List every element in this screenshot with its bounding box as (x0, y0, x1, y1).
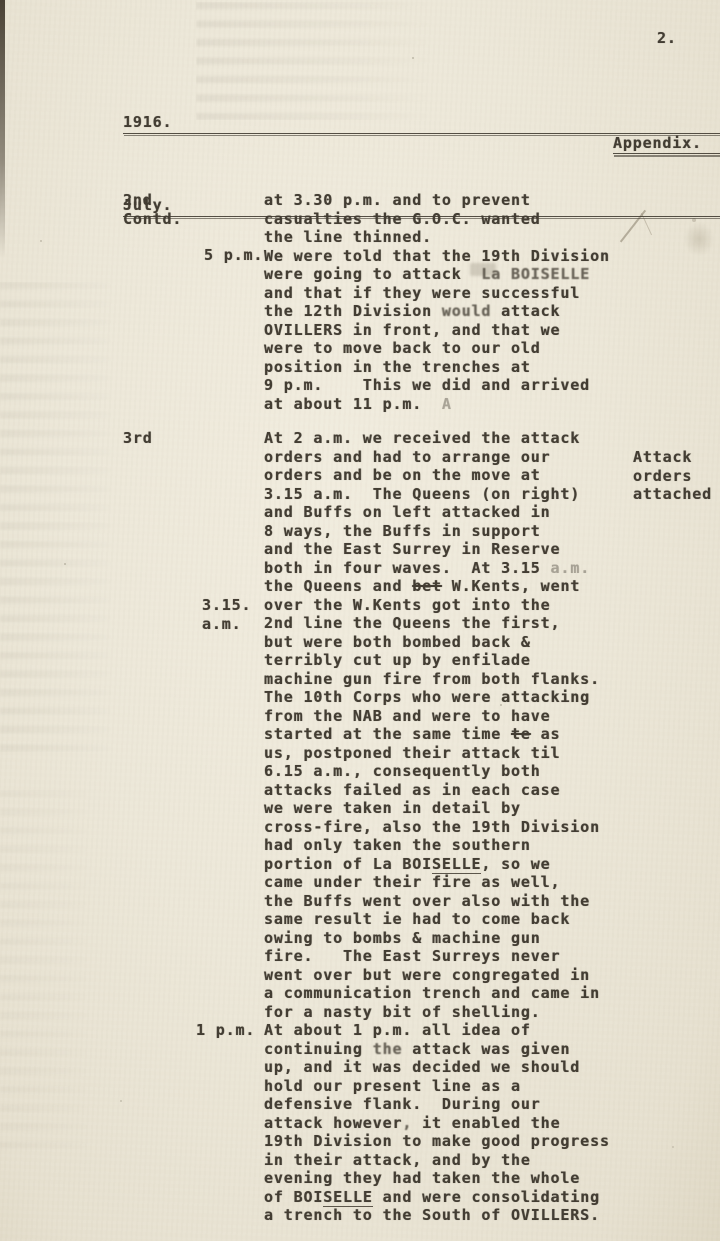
typed-line: came under their fire as well, (264, 873, 610, 892)
typed-segment: it enabled the (412, 1114, 560, 1132)
typed-line: and the East Surrey in Reserve (264, 540, 610, 559)
typed-segment: fire. The East Surreys never (264, 947, 560, 965)
typed-segment: started at the same time (264, 725, 511, 743)
typed-segment-faint: a.m. (541, 559, 590, 577)
typed-segment: at 3.30 p.m. and to prevent (264, 191, 531, 209)
typed-segment: evening they had taken the whole (264, 1169, 580, 1187)
margin-note-line: 3.15. (202, 596, 251, 615)
bleed-through-text-top (196, 2, 431, 120)
typed-segment: position in the trenches at (264, 358, 531, 376)
typed-segment: casualties the G.O.C. wanted (264, 210, 541, 228)
typed-segment: defensive flank. During our (264, 1095, 541, 1113)
typed-segment: the 12th Division (264, 302, 442, 320)
typed-segment: for a nasty bit of shelling. (264, 1003, 541, 1021)
typed-segment-blur: would (442, 302, 491, 320)
typed-line: the 12th Division would attack (264, 302, 610, 321)
typed-line: in their attack, and by the (264, 1151, 610, 1170)
typed-line: started at the same time te as (264, 725, 610, 744)
year-heading: 1916. (123, 113, 720, 134)
typed-segment: 8 ways, the Buffs in support (264, 522, 541, 540)
typed-line: hold our present line as a (264, 1077, 610, 1096)
typed-segment: in their attack, and by the (264, 1151, 531, 1169)
margin-note-time-1pm: 1 p.m. (196, 1021, 255, 1040)
typed-line: at 3.30 p.m. and to prevent (264, 191, 610, 210)
typed-line: owing to bombs & machine gun (264, 929, 610, 948)
paper-specks (0, 0, 2, 2)
margin-note-entry-2nd-contd: 2ndContd. (123, 191, 182, 228)
typed-segment: the Queens and (264, 577, 412, 595)
typed-body-block-2: At 2 a.m. we received the attackorders a… (264, 429, 610, 1225)
typed-line: cross-fire, also the 19th Division (264, 818, 610, 837)
typed-segment-blur: La BOISELLE (481, 265, 590, 283)
typed-line: attacks failed as in each case (264, 781, 610, 800)
typed-line: The 10th Corps who were attacking (264, 688, 610, 707)
margin-note-line: Contd. (123, 210, 182, 229)
typed-line: up, and it was decided we should (264, 1058, 610, 1077)
typed-line: a trench to the South of OVILLERS. (264, 1206, 610, 1225)
typed-line: casualties the G.O.C. wanted (264, 210, 610, 229)
typed-segment: At about 1 p.m. all idea of (264, 1021, 531, 1039)
typed-segment: of BOI (264, 1188, 323, 1206)
typed-segment: but were both bombed back & (264, 633, 531, 651)
margin-note-line: a.m. (202, 615, 251, 634)
typed-line: At about 1 p.m. all idea of (264, 1021, 610, 1040)
bleed-through-text-left-lower (0, 790, 92, 1150)
typed-line: us, postponed their attack til (264, 744, 610, 763)
typed-line: terribly cut up by enfilade (264, 651, 610, 670)
typed-line: We were told that the 19th Division (264, 247, 610, 266)
typed-line: went over but were congregated in (264, 966, 610, 985)
typed-segment-strike: te (511, 725, 531, 743)
typed-line: at about 11 p.m. A (264, 395, 610, 414)
typed-segment: and the East Surrey in Reserve (264, 540, 560, 558)
typed-segment: 19th Division to make good progress (264, 1132, 610, 1150)
typed-line: evening they had taken the whole (264, 1169, 610, 1188)
typed-line: attack however, it enabled the (264, 1114, 610, 1133)
typed-line: continuing the attack was given (264, 1040, 610, 1059)
typed-segment-faint: A (422, 395, 452, 413)
typed-segment: went over but were congregated in (264, 966, 590, 984)
typed-line: and Buffs on left attacked in (264, 503, 610, 522)
typed-line: we were taken in detail by (264, 799, 610, 818)
typed-segment: us, postponed their attack til (264, 744, 560, 762)
typed-segment: 3.15 a.m. The Queens (on right) (264, 485, 580, 503)
typed-segment: were going to attack (264, 265, 481, 283)
typed-line: 9 p.m. This we did and arrived (264, 376, 610, 395)
typed-line: 6.15 a.m., consequently both (264, 762, 610, 781)
typed-line: 2nd line the Queens the first, (264, 614, 610, 633)
typed-segment: attack however (264, 1114, 402, 1132)
typed-segment: the line thinned. (264, 228, 432, 246)
typed-segment: and Buffs on left attacked in (264, 503, 551, 521)
typed-segment: over the W.Kents got into the (264, 596, 551, 614)
typed-line: At 2 a.m. we received the attack (264, 429, 610, 448)
typed-line: were to move back to our old (264, 339, 610, 358)
typed-line: orders and had to arrange our (264, 448, 610, 467)
margin-note-line: 3rd (123, 429, 153, 448)
typed-segment: both in four waves. At 3.15 (264, 559, 541, 577)
typed-segment: , so we (481, 855, 550, 873)
typed-line: from the NAB and were to have (264, 707, 610, 726)
page-number: 2. (657, 29, 677, 48)
typed-segment-under: SELLE (323, 1188, 372, 1207)
paper-smudge (684, 222, 714, 256)
typed-segment: continuing (264, 1040, 373, 1058)
typed-segment: attack was given (402, 1040, 570, 1058)
typed-line: both in four waves. At 3.15 a.m. (264, 559, 610, 578)
typed-line: the line thinned. (264, 228, 610, 247)
typed-line: of BOISELLE and were consolidating (264, 1188, 610, 1207)
typed-segment: attack (491, 302, 560, 320)
typed-segment: the Buffs went over also with the (264, 892, 590, 910)
appendix-heading: Appendix. (613, 134, 720, 155)
typed-segment: At 2 a.m. we received the attack (264, 429, 580, 447)
margin-note-time-315am: 3.15.a.m. (202, 596, 251, 633)
typed-segment: portion of La BOI (264, 855, 432, 873)
typed-segment: OVILLERS in front, and that we (264, 321, 560, 339)
typed-line: defensive flank. During our (264, 1095, 610, 1114)
typed-line: OVILLERS in front, and that we (264, 321, 610, 340)
typed-segment: were to move back to our old (264, 339, 541, 357)
margin-note-line: 2nd (123, 191, 182, 210)
typed-segment-blur: the (373, 1040, 403, 1058)
typed-segment-strike: bet (412, 577, 442, 595)
margin-note-line: 1 p.m. (196, 1021, 255, 1040)
typed-line: over the W.Kents got into the (264, 596, 610, 615)
typed-segment: had only taken the southern (264, 836, 531, 854)
typed-line: machine gun fire from both flanks. (264, 670, 610, 689)
typed-segment: orders and be on the move at (264, 466, 541, 484)
margin-note-entry-3rd: 3rd (123, 429, 153, 448)
typed-segment: came under their fire as well, (264, 873, 560, 891)
margin-note-line: orders (633, 467, 712, 486)
margin-note-line: 5 p.m. (204, 246, 263, 265)
typed-segment: 2nd line the Queens the first, (264, 614, 560, 632)
typed-line: orders and be on the move at (264, 466, 610, 485)
typed-segment: and were consolidating (373, 1188, 600, 1206)
scanned-paper-page: 2. 1916. Appendix. July. 2ndContd.5 p.m.… (0, 0, 720, 1241)
typed-segment: as (531, 725, 561, 743)
typed-segment: The 10th Corps who were attacking (264, 688, 590, 706)
typed-segment: from the NAB and were to have (264, 707, 551, 725)
typed-segment: cross-fire, also the 19th Division (264, 818, 600, 836)
typed-segment: owing to bombs & machine gun (264, 929, 541, 947)
typed-line: same result ie had to come back (264, 910, 610, 929)
typed-line: the Queens and bet W.Kents, went (264, 577, 610, 596)
typed-segment: W.Kents, went (442, 577, 580, 595)
typed-segment: at about 11 p.m. (264, 395, 422, 413)
typed-line: were going to attack La BOISELLE (264, 265, 610, 284)
typed-line: portion of La BOISELLE, so we (264, 855, 610, 874)
typed-line: a communication trench and came in (264, 984, 610, 1003)
typed-segment: attacks failed as in each case (264, 781, 560, 799)
bleed-through-text-left (0, 282, 118, 752)
typed-line: 19th Division to make good progress (264, 1132, 610, 1151)
typed-segment: and that if they were successful (264, 284, 580, 302)
typed-segment: 9 p.m. This we did and arrived (264, 376, 590, 394)
typed-segment: machine gun fire from both flanks. (264, 670, 600, 688)
typed-segment-blur: , (402, 1114, 412, 1132)
typed-segment: hold our present line as a (264, 1077, 521, 1095)
typed-segment: orders and had to arrange our (264, 448, 551, 466)
typed-line: had only taken the southern (264, 836, 610, 855)
margin-note-attack-orders-attached: Attackordersattached (633, 448, 712, 504)
typed-segment: We were told that the 19th Division (264, 247, 610, 265)
scan-edge-shadow (0, 0, 5, 258)
typed-line: 3.15 a.m. The Queens (on right) (264, 485, 610, 504)
typed-line: position in the trenches at (264, 358, 610, 377)
margin-note-line: attached (633, 485, 712, 504)
typed-segment-under: SELLE (432, 855, 481, 874)
typed-segment: up, and it was decided we should (264, 1058, 580, 1076)
typed-line: the Buffs went over also with the (264, 892, 610, 911)
typed-body-block-1: at 3.30 p.m. and to preventcasualties th… (264, 191, 610, 413)
margin-note-line: Attack (633, 448, 712, 467)
typed-segment: a communication trench and came in (264, 984, 600, 1002)
typed-segment: same result ie had to come back (264, 910, 570, 928)
typed-line: for a nasty bit of shelling. (264, 1003, 610, 1022)
typed-line: 8 ways, the Buffs in support (264, 522, 610, 541)
typed-segment: we were taken in detail by (264, 799, 521, 817)
typed-line: fire. The East Surreys never (264, 947, 610, 966)
margin-note-time-5pm: 5 p.m. (204, 246, 263, 265)
typed-segment: a trench to the South of OVILLERS. (264, 1206, 600, 1224)
typed-line: but were both bombed back & (264, 633, 610, 652)
typed-segment: terribly cut up by enfilade (264, 651, 531, 669)
typed-segment: 6.15 a.m., consequently both (264, 762, 541, 780)
typed-line: and that if they were successful (264, 284, 610, 303)
